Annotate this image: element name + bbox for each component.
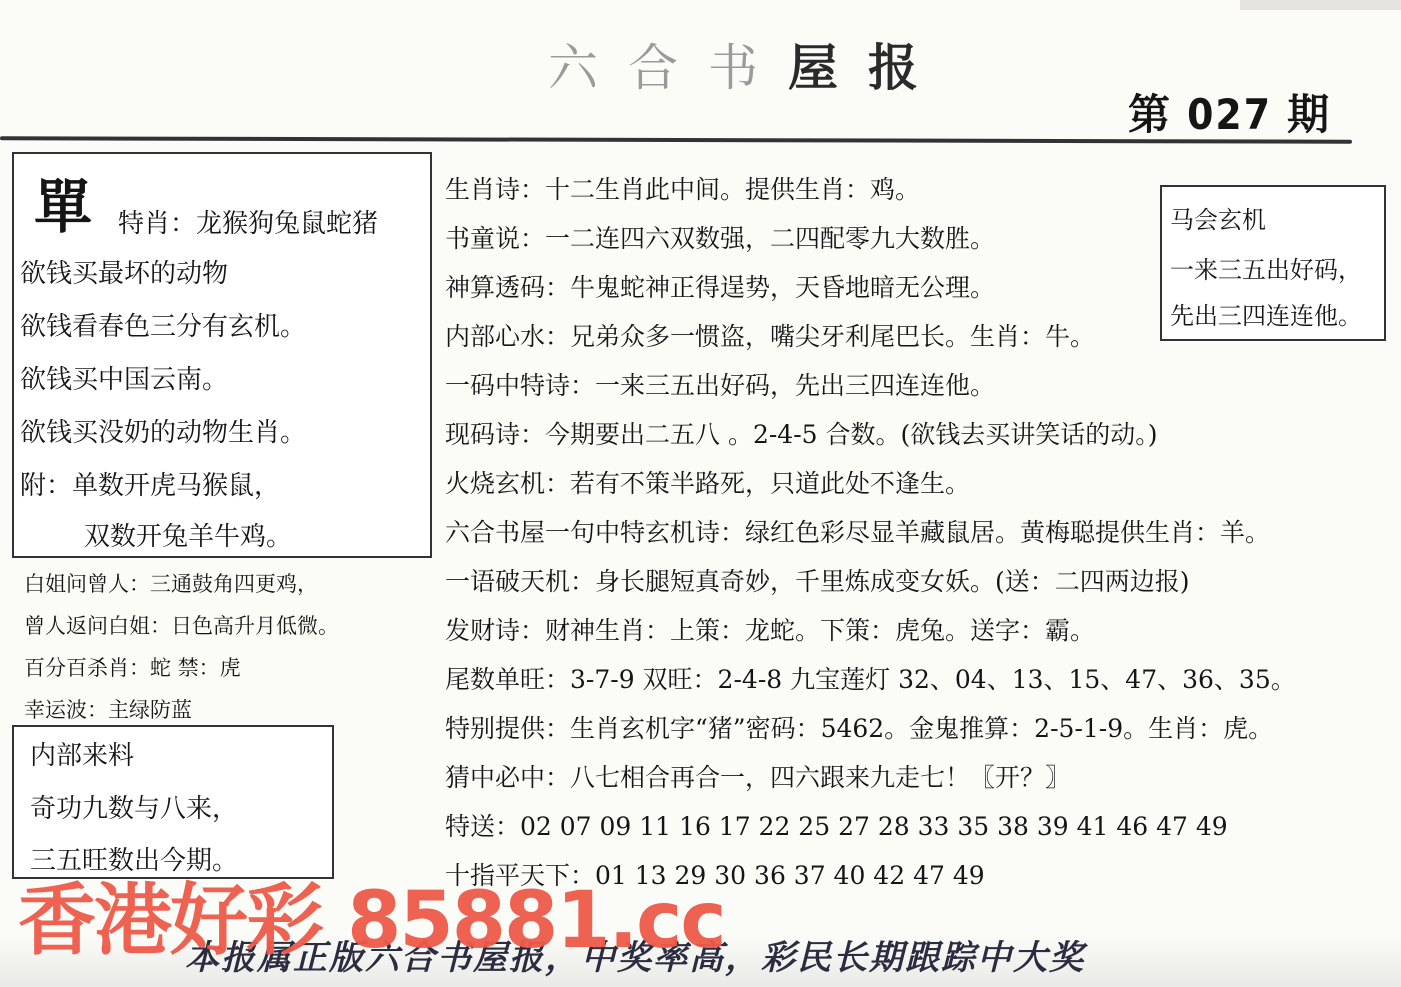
divine-calc: 神算透码：牛鬼蛇神正得逞势，天昏地暗无公理。 [445, 268, 995, 304]
note-line: 白姐问曾人：三通鼓角四更鸡， [24, 568, 318, 598]
special-numbers: 特送：02 07 09 11 16 17 22 25 27 28 33 35 3… [445, 807, 1228, 843]
riddle-line: 欲钱买最坏的动物 [20, 253, 228, 290]
newspaper-title: 六合书屋报 [548, 28, 948, 100]
odd-numbers-line: 附：单数开虎马猴鼠， [20, 465, 280, 502]
lucky-wave-line: 幸运波：主绿防蓝 [24, 694, 192, 724]
title-dark: 屋报 [788, 39, 948, 97]
kill-zodiac-line: 百分百杀肖：蛇 禁：虎 [24, 652, 241, 682]
bookhouse-poem: 六合书屋一句中特玄机诗：绿红色彩尽显羊藏鼠居。黄梅聪提供生肖：羊。 [445, 513, 1270, 549]
zodiac-poem: 生肖诗：十二生肖此中间。提供生肖：鸡。 [445, 170, 920, 206]
special-offer: 特别提供：生肖玄机字“猪”密码：5462。金鬼推算：2-5-1-9。生肖：虎。 [445, 709, 1273, 745]
special-zodiac-line: 特肖：龙猴狗兔鼠蛇猪 [118, 203, 378, 240]
inside-info-line: 奇功九数与八来， [30, 788, 238, 825]
tail-numbers: 尾数单旺：3-7-9 双旺：2-4-8 九宝莲灯 32、04、13、15、47、… [445, 660, 1296, 696]
watermark: 香港好彩 85881.cc [18, 858, 725, 970]
riddle-line: 欲钱买中国云南。 [20, 359, 228, 396]
jockey-club-line: 先出三四连连他。 [1170, 296, 1362, 331]
riddle-line: 欲钱看春色三分有玄机。 [20, 306, 306, 343]
inside-info-title: 内部来料 [30, 735, 134, 772]
scan-edge [1240, 0, 1401, 10]
one-code-poem: 一码中特诗：一来三五出好码，先出三四连连他。 [445, 366, 995, 402]
one-word-mystery: 一语破天机：身长腿短真奇妙，千里炼成变女妖。(送：二四两边报) [445, 562, 1190, 598]
guess-line: 猜中必中：八七相合再合一，四六跟来九走七！〖开？〗 [445, 758, 1070, 794]
book-boy-says: 书童说：一二连四六双数强，二四配零九大数胜。 [445, 219, 995, 255]
fire-mystery: 火烧玄机：若有不策半路死，只道此处不逢生。 [445, 464, 970, 500]
even-numbers-line: 双数开兔羊牛鸡。 [84, 516, 292, 553]
jockey-club-line: 一来三五出好码， [1170, 250, 1362, 285]
note-line: 曾人返问白姐：日色高升月低微。 [24, 610, 339, 640]
current-code-poem: 现码诗：今期要出二五八 。2-4-5 合数。(欲钱去买讲笑话的动。) [445, 415, 1158, 451]
title-light: 六合书 [548, 39, 788, 97]
fortune-poem: 发财诗：财神生肖：上策：龙蛇。下策：虎兔。送字：霸。 [445, 611, 1095, 647]
jockey-club-title: 马会玄机 [1170, 200, 1266, 235]
single-char-badge: 單 [34, 160, 92, 244]
issue-number: 第 027 期 [1128, 82, 1331, 142]
riddle-line: 欲钱买没奶的动物生肖。 [20, 412, 306, 449]
inside-tip: 内部心水：兄弟众多一惯盗，嘴尖牙利尾巴长。生肖：牛。 [445, 317, 1095, 353]
